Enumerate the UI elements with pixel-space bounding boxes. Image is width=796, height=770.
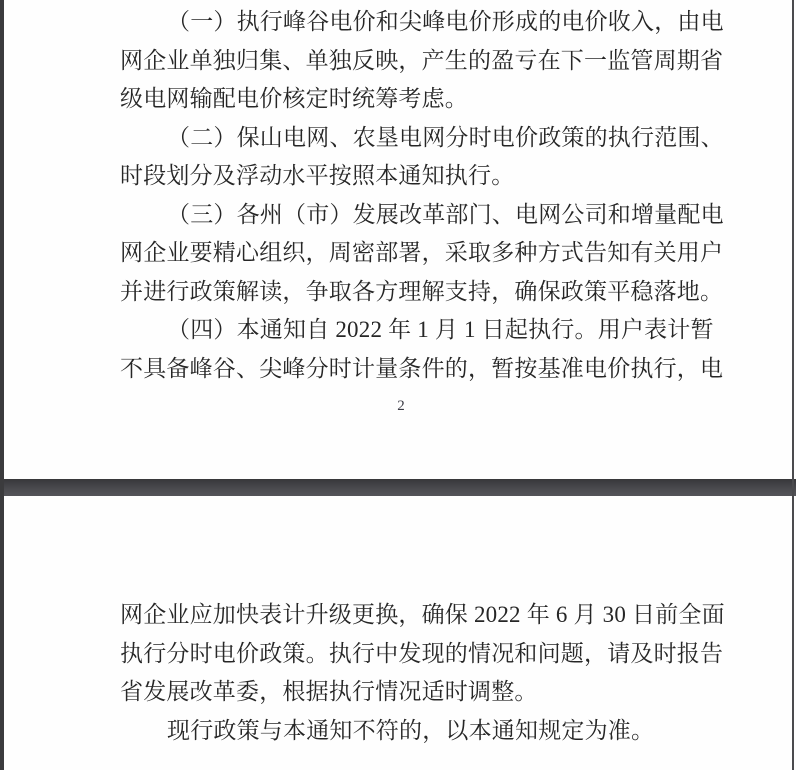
page-number: 2 xyxy=(120,396,682,416)
text-line: （四）本通知自 2022 年 1 月 1 日起执行。用户表计暂 xyxy=(120,311,682,350)
text-line: 级电网输配电价核定时统筹考虑。 xyxy=(120,80,682,119)
text-line: 网企业应加快表计升级更换，确保 2022 年 6 月 30 日前全面 xyxy=(120,596,682,635)
text-line: 不具备峰谷、尖峰分时计量条件的，暂按基准电价执行，电 xyxy=(120,350,682,389)
document-page-1: （一）执行峰谷电价和尖峰电价形成的电价收入，由电网企业单独归集、单独反映，产生的… xyxy=(4,0,792,479)
page2-text-block: 网企业应加快表计升级更换，确保 2022 年 6 月 30 日前全面执行分时电价… xyxy=(120,596,682,750)
text-line: （二）保山电网、农垦电网分时电价政策的执行范围、 xyxy=(120,119,682,158)
text-line: 网企业单独归集、单独反映，产生的盈亏在下一监管周期省 xyxy=(120,42,682,81)
viewer-left-border xyxy=(0,0,4,770)
text-line: 并进行政策解读，争取各方理解支持，确保政策平稳落地。 xyxy=(120,273,682,312)
document-page-2: 网企业应加快表计升级更换，确保 2022 年 6 月 30 日前全面执行分时电价… xyxy=(4,496,792,770)
text-line: 现行政策与本通知不符的，以本通知规定为准。 xyxy=(120,712,682,751)
viewer-right-border xyxy=(792,0,794,770)
text-line: 执行分时电价政策。执行中发现的情况和问题，请及时报告 xyxy=(120,635,682,674)
page1-text-block: （一）执行峰谷电价和尖峰电价形成的电价收入，由电网企业单独归集、单独反映，产生的… xyxy=(120,3,682,388)
text-line: （三）各州（市）发展改革部门、电网公司和增量配电 xyxy=(120,196,682,235)
page-gap-separator xyxy=(0,479,796,496)
text-line: 省发展改革委，根据执行情况适时调整。 xyxy=(120,673,682,712)
text-line: （一）执行峰谷电价和尖峰电价形成的电价收入，由电 xyxy=(120,3,682,42)
text-line: 网企业要精心组织，周密部署，采取多种方式告知有关用户 xyxy=(120,234,682,273)
document-viewer[interactable]: （一）执行峰谷电价和尖峰电价形成的电价收入，由电网企业单独归集、单独反映，产生的… xyxy=(0,0,796,770)
text-line: 时段划分及浮动水平按照本通知执行。 xyxy=(120,157,682,196)
